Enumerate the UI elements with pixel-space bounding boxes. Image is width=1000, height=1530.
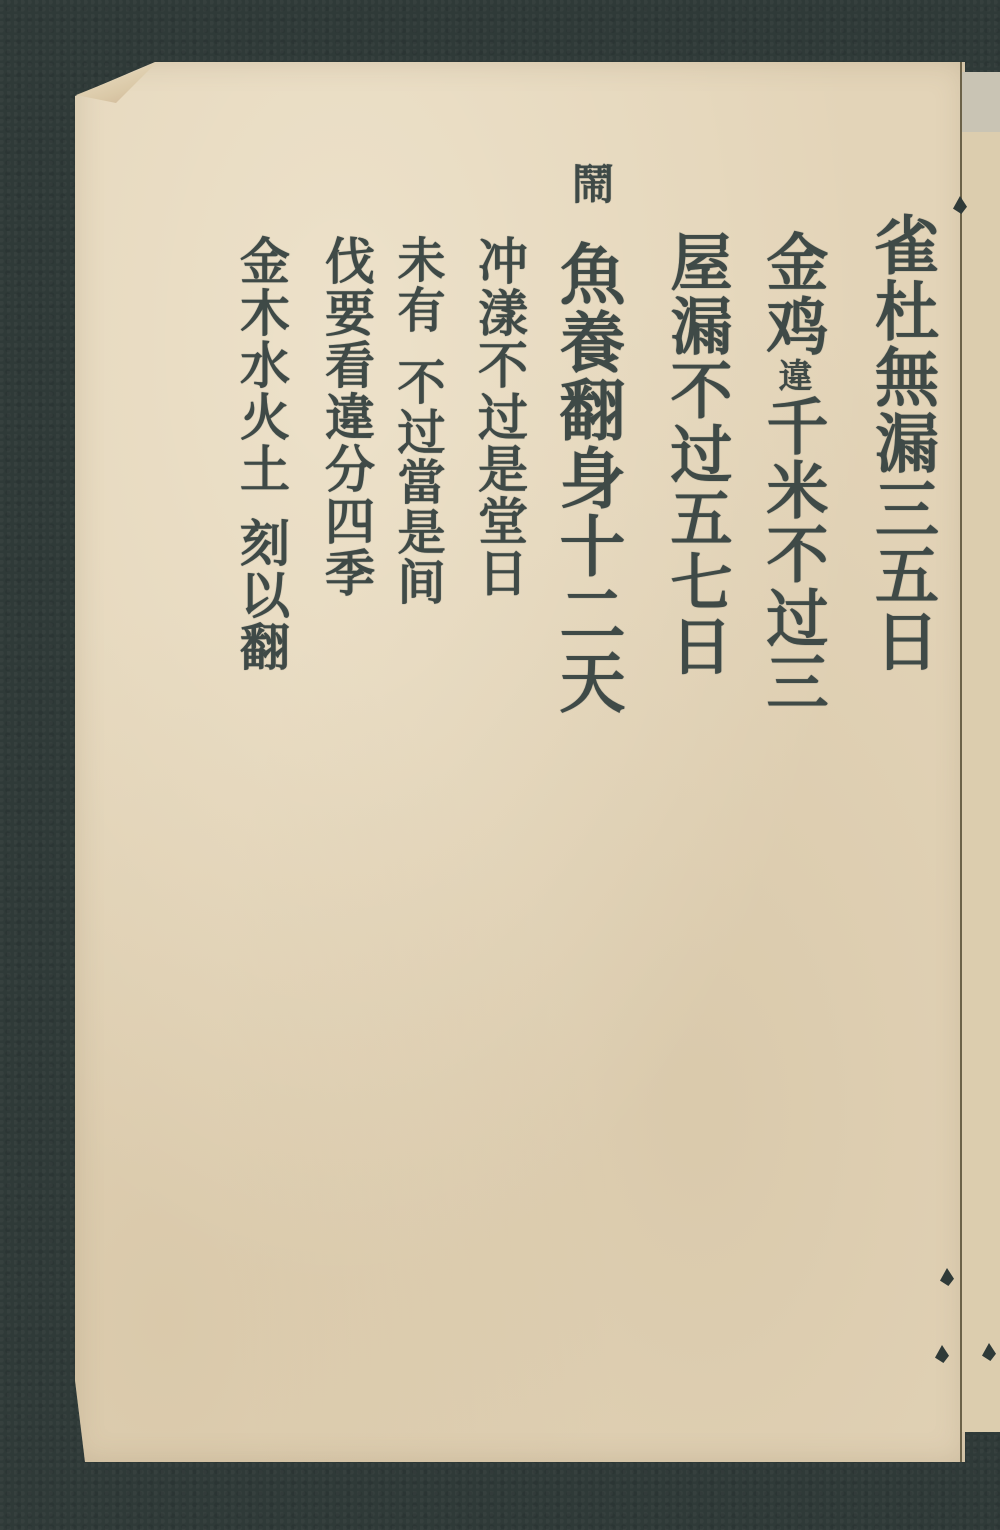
text-column-3: 屋漏不过五七日 [652,230,741,678]
next-page-edge-top [962,72,1000,132]
text-column-8: 金木水火土刻以翻 [225,235,297,673]
margin-annotation: 違 [772,358,812,394]
text-column-5: 冲漾不过是堂日 [463,235,535,599]
column-2-text: 金鸡 [756,230,829,358]
text-column-7: 伐要看違分四季 [310,235,382,599]
text-column-6: 未有不过當是间 [383,235,452,607]
text-column-1: 雀杜無漏三五日 [855,212,947,674]
column-2-text-after: 千米不过三 [756,394,829,714]
next-page-edge [962,132,1000,1432]
column-8-part-b: 刻以翻 [232,517,291,673]
text-column-4: 魚養翻身十二天 [540,240,635,716]
column-4-header: 鬧 [560,162,620,206]
column-8-part-a: 金木水火土 [232,235,291,495]
text-column-2: 金鸡違千米不过三 [748,230,837,714]
column-6-part-b: 不过當是间 [389,357,445,607]
binding-spine [960,62,962,1462]
column-6-part-a: 未有 [389,235,445,335]
